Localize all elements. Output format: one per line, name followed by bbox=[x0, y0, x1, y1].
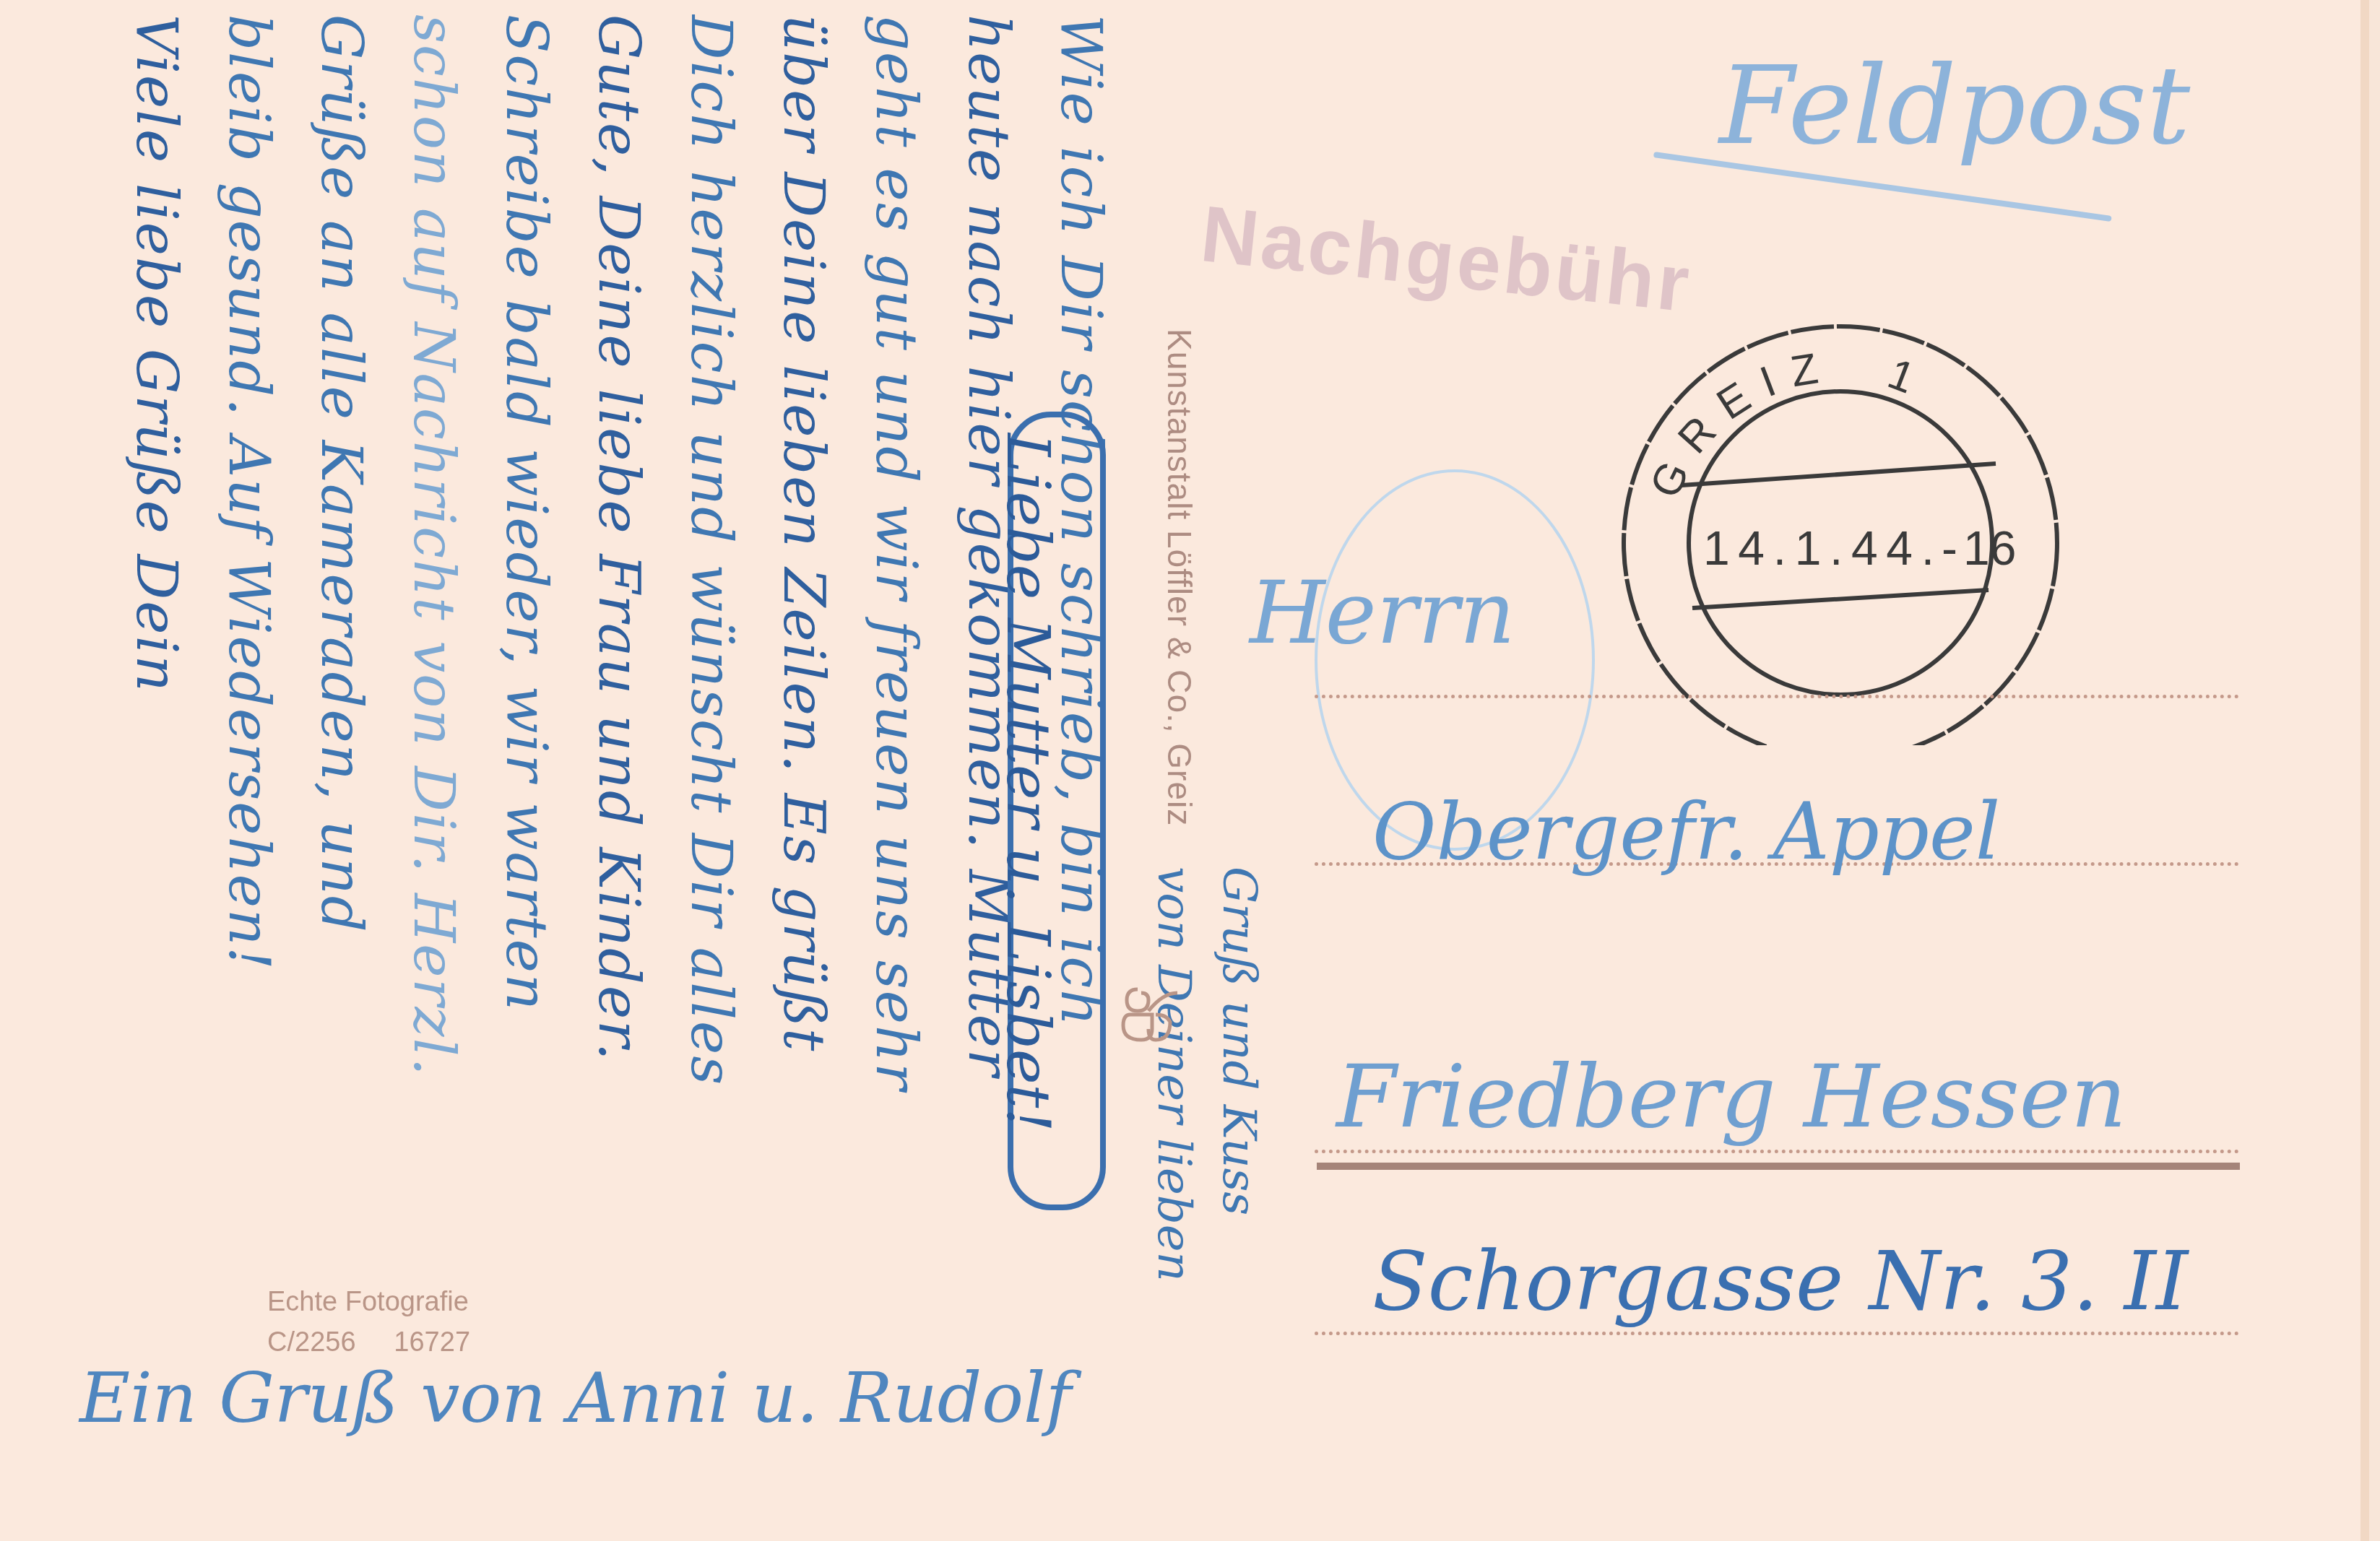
message-line: über Deine lieben Zeilen. Es grüßt bbox=[757, 14, 849, 1372]
print-code: Echte Fotografie C/2256 16727 bbox=[267, 1282, 470, 1363]
postmark-hour: 16 bbox=[1963, 521, 2016, 575]
photo-label: Echte Fotografie bbox=[267, 1282, 470, 1322]
address-street: Schorgasse Nr. 3. II bbox=[1372, 1235, 2188, 1329]
message-line: Viele liebe Grüße Dein bbox=[110, 14, 202, 1372]
message-line: Grüße an alle Kameraden, und bbox=[295, 14, 387, 1372]
svg-text:GREIZ 1: GREIZ 1 bbox=[1640, 342, 1937, 505]
address-city: Friedberg Hessen bbox=[1336, 1047, 2126, 1147]
boxed-greeting: Liebe Mutter u. Lisbet! bbox=[993, 433, 1062, 1132]
address-rule bbox=[1315, 1150, 2239, 1153]
footer-greeting: Ein Gruß von Anni u. Rudolf bbox=[79, 1358, 1071, 1438]
side-note-line: von Deiner lieben bbox=[1141, 867, 1206, 1282]
postcard: Wie ich Dir schon schrieb, bin ich heute… bbox=[0, 0, 2369, 1541]
message-line: bleib gesund. Auf Wiedersehen! bbox=[202, 14, 295, 1372]
side-note: Gruß und Kuss von Deiner lieben bbox=[1141, 867, 1271, 1282]
postmark: GREIZ 1 14.1.44. -16 bbox=[1602, 312, 2086, 745]
catalog-numbers: C/2256 16727 bbox=[267, 1322, 470, 1363]
surcharge-stamp: Nachgebühr bbox=[1197, 188, 1696, 331]
message-line: Dich herzlich und wünscht Dir alles bbox=[665, 14, 757, 1372]
lc-monogram-logo-icon bbox=[1116, 975, 1188, 1047]
address-rule bbox=[1315, 695, 2239, 698]
address-recipient: Obergefr. Appel bbox=[1372, 787, 2000, 877]
catalog-number: C/2256 bbox=[267, 1327, 356, 1358]
handwritten-message: Wie ich Dir schon schrieb, bin ich heute… bbox=[14, 14, 1127, 1372]
serial-number: 16727 bbox=[394, 1327, 470, 1358]
address-rule bbox=[1315, 1332, 2239, 1335]
address-rule-solid bbox=[1317, 1163, 2240, 1170]
svg-text:14.1.44.: 14.1.44. bbox=[1703, 521, 1934, 575]
message-line: geht es gut und wir freuen uns sehr bbox=[849, 14, 942, 1372]
address-salutation: Herrn bbox=[1250, 563, 1515, 664]
side-note-line: Gruß und Kuss bbox=[1206, 867, 1271, 1282]
feldpost-mark: Feldpost bbox=[1719, 43, 2190, 169]
message-line: Schreibe bald wieder, wir warten bbox=[480, 14, 572, 1372]
message-line: Gute, Deine liebe Frau und Kinder. bbox=[572, 14, 665, 1372]
message-line: schon auf Nachricht von Dir. Herzl. bbox=[387, 14, 480, 1372]
publisher-imprint: Kunstanstalt Löffler & Co., Greiz bbox=[1160, 329, 1199, 826]
svg-text:-16: -16 bbox=[1942, 521, 2016, 575]
message-area: Wie ich Dir schon schrieb, bin ich heute… bbox=[0, 0, 1141, 1541]
postmark-date: 14.1.44. bbox=[1703, 521, 1934, 575]
